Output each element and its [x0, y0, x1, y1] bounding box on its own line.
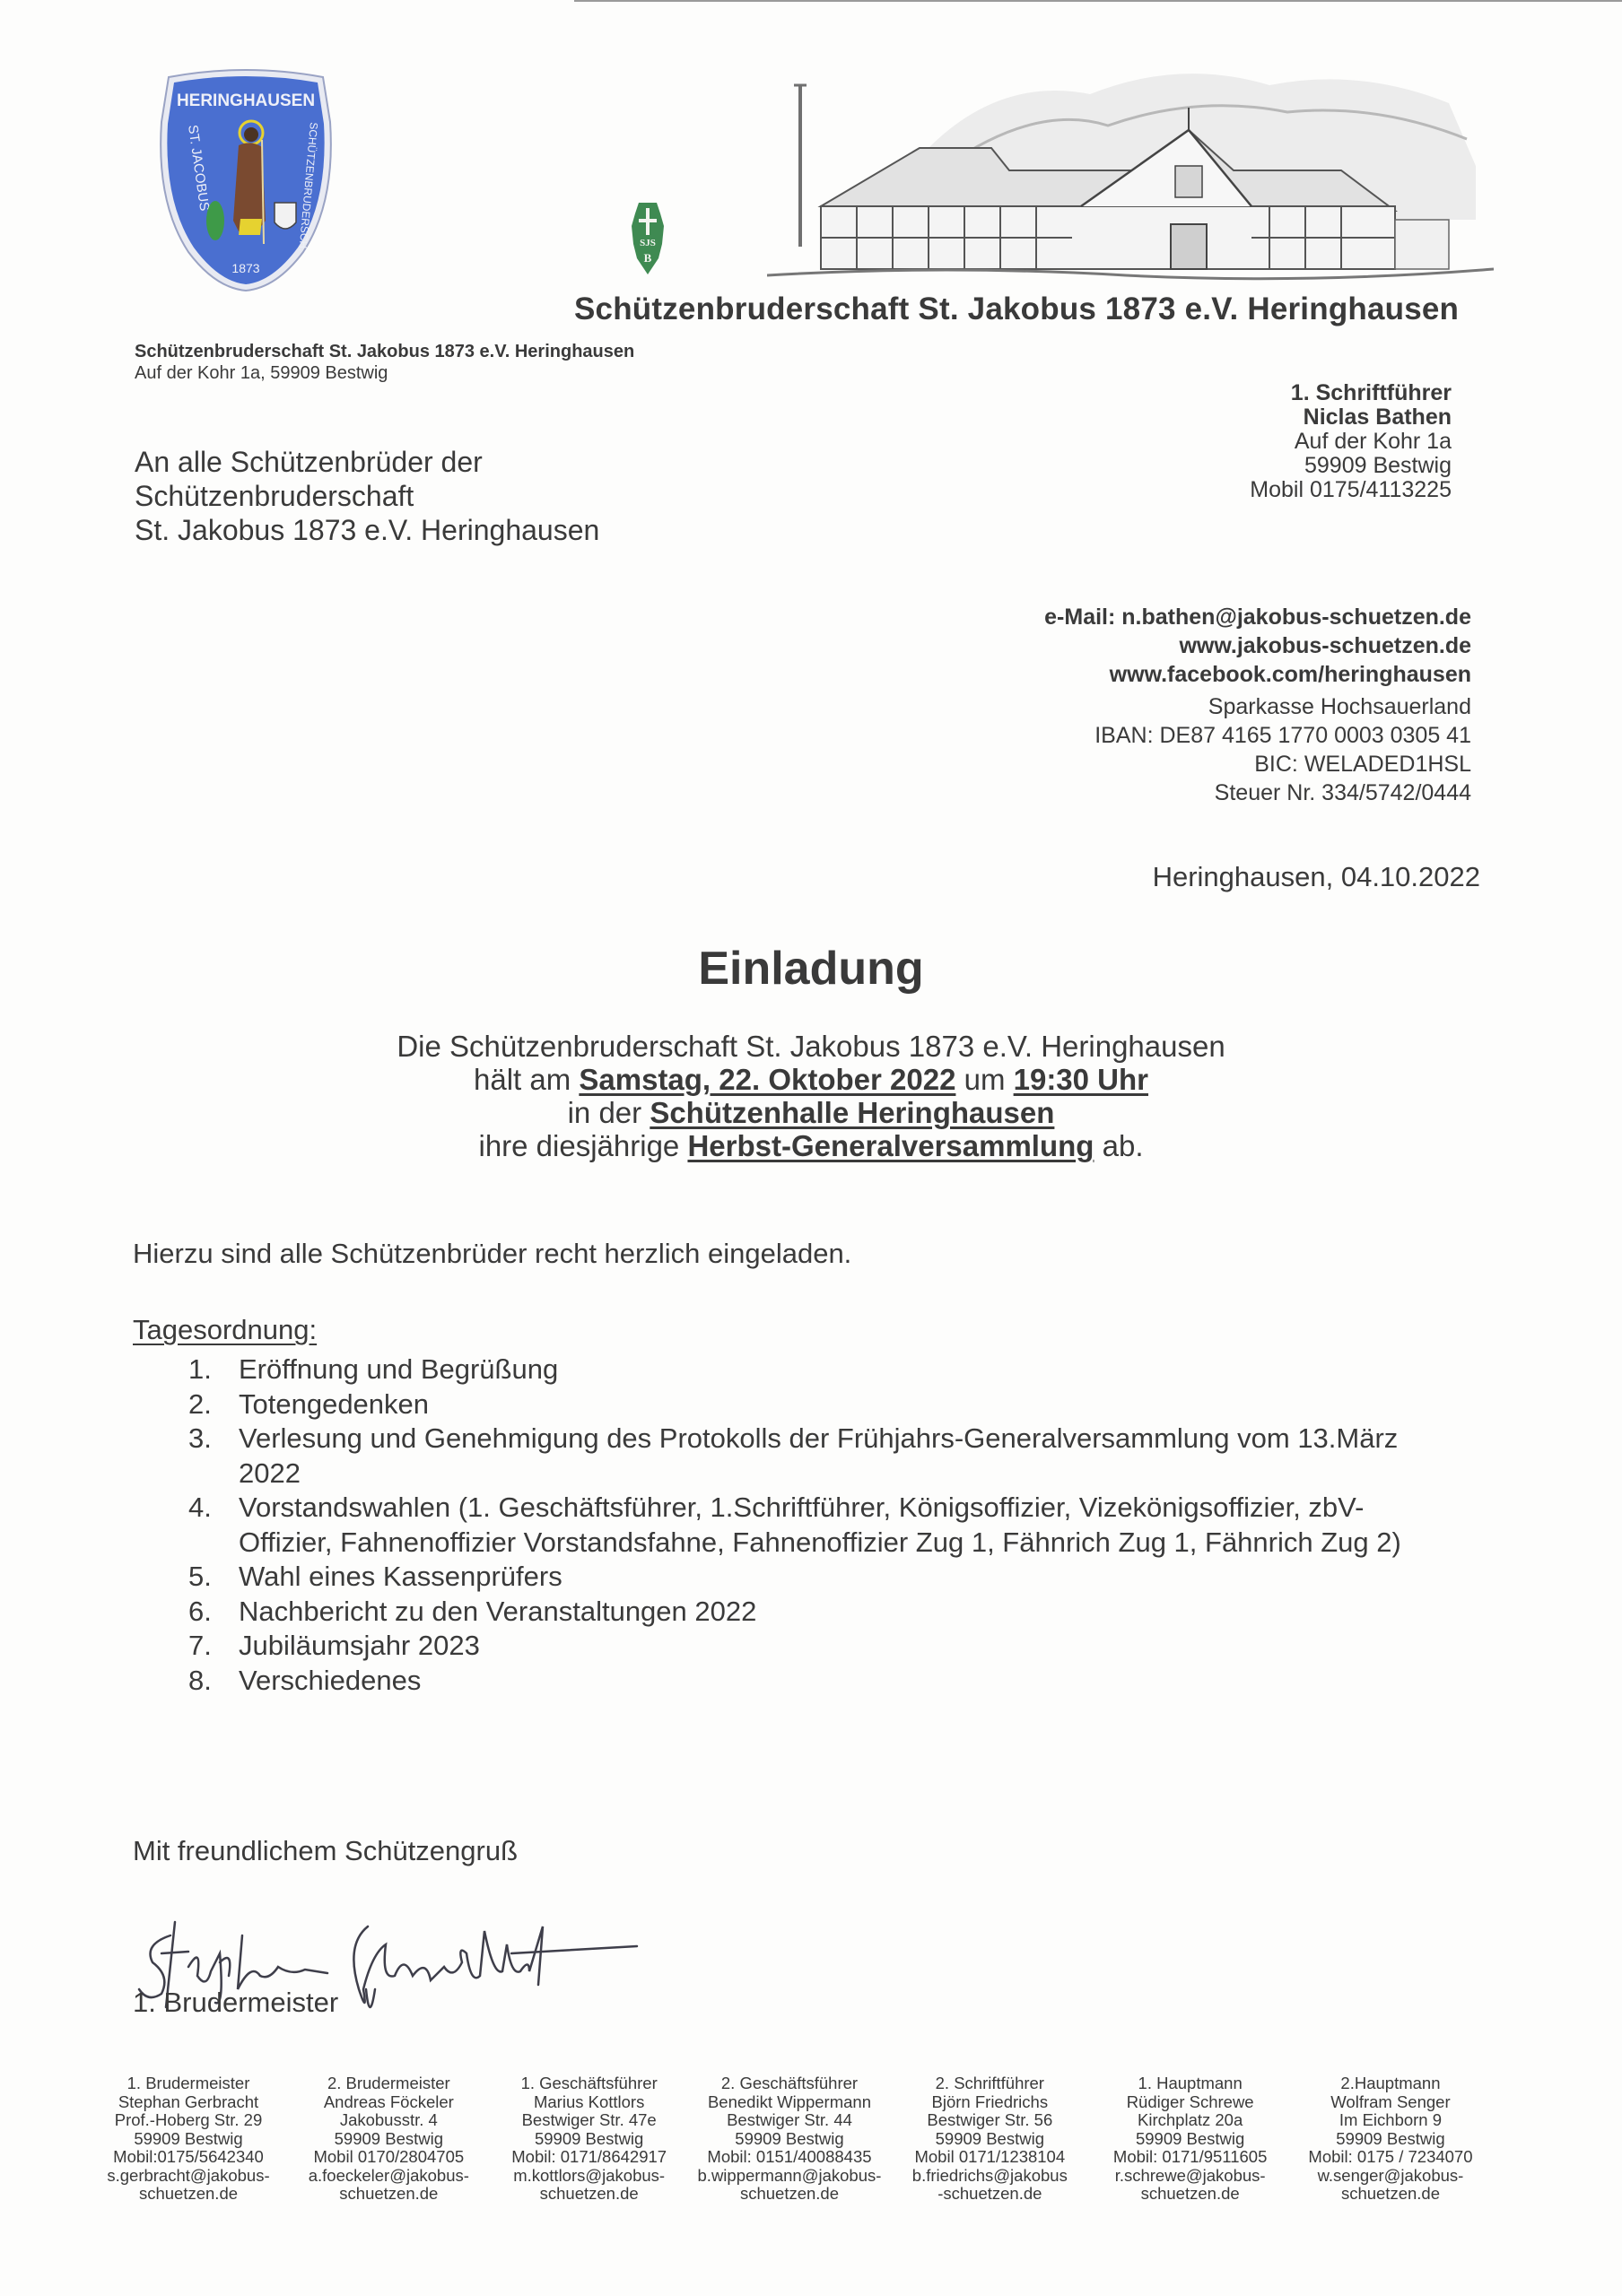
agenda-item-number: 8.	[188, 1664, 239, 1699]
contact-mobile: Mobil 0175/4113225	[1250, 478, 1452, 502]
contact-role: 1. Schriftführer	[1250, 381, 1452, 405]
bank-details: Sparkasse Hochsauerland IBAN: DE87 4165 …	[1094, 692, 1471, 807]
officer-role: 1. Hauptmann	[1092, 2074, 1289, 2093]
officer-name: Benedikt Wippermann	[691, 2093, 888, 2112]
officer-street: Prof.-Hoberg Str. 29	[90, 2111, 287, 2130]
agenda-item-text: Jubiläumsjahr 2023	[239, 1629, 1444, 1664]
officer-email2: schuetzen.de	[1292, 2185, 1489, 2204]
officer-street: Kirchplatz 20a	[1092, 2111, 1289, 2130]
agenda-item-text: Vorstandswahlen (1. Geschäftsführer, 1.S…	[239, 1491, 1444, 1560]
event-name: Herbst-Generalversammlung	[687, 1129, 1094, 1162]
bdsj-logo-icon: SJS B	[628, 199, 667, 276]
officer-city: 59909 Bestwig	[290, 2130, 487, 2149]
recipient-block: An alle Schützenbrüder der Schützenbrude…	[135, 445, 599, 547]
agenda-item-number: 5.	[188, 1560, 239, 1595]
officer-street: Bestwiger Str. 56	[891, 2111, 1088, 2130]
officer-name: Andreas Föckeler	[290, 2093, 487, 2112]
sender-block: Schützenbruderschaft St. Jakobus 1873 e.…	[135, 341, 634, 384]
officer-email1: r.schrewe@jakobus-	[1092, 2167, 1289, 2186]
organization-title: Schützenbruderschaft St. Jakobus 1873 e.…	[574, 291, 1459, 327]
officer-city: 59909 Bestwig	[1292, 2130, 1489, 2149]
contact-block: 1. Schriftführer Niclas Bathen Auf der K…	[1250, 381, 1452, 502]
welcome-text: Hierzu sind alle Schützenbrüder recht he…	[133, 1238, 851, 1270]
tax-number: Steuer Nr. 334/5742/0444	[1094, 778, 1471, 807]
event-venue: Schützenhalle Heringhausen	[650, 1096, 1054, 1129]
officer-contact: 2. SchriftführerBjörn FriedrichsBestwige…	[891, 2074, 1088, 2204]
officer-city: 59909 Bestwig	[691, 2130, 888, 2149]
officer-name: Rüdiger Schrewe	[1092, 2093, 1289, 2112]
letter-title: Einladung	[0, 942, 1622, 996]
agenda-item: 2.Totengedenken	[188, 1387, 1444, 1422]
invitation-line-2: hält am Samstag, 22. Oktober 2022 um 19:…	[0, 1063, 1622, 1096]
officer-name: Stephan Gerbracht	[90, 2093, 287, 2112]
agenda-item-text: Nachbericht zu den Veranstaltungen 2022	[239, 1595, 1444, 1630]
date-line: Heringhausen, 04.10.2022	[1153, 861, 1480, 893]
officer-name: Marius Kottlors	[491, 2093, 688, 2112]
officer-city: 59909 Bestwig	[491, 2130, 688, 2149]
website-link[interactable]: www.jakobus-schuetzen.de	[1044, 631, 1471, 660]
agenda-item-number: 6.	[188, 1595, 239, 1630]
closing-greeting: Mit freundlichem Schützengruß	[133, 1835, 518, 1867]
officer-phone: Mobil: 0151/40088435	[691, 2148, 888, 2167]
contact-city: 59909 Bestwig	[1250, 454, 1452, 478]
officer-contact: 1. GeschäftsführerMarius KottlorsBestwig…	[491, 2074, 688, 2204]
officer-role: 2. Geschäftsführer	[691, 2074, 888, 2093]
svg-text:B: B	[644, 251, 652, 265]
online-contact-block: e-Mail: n.bathen@jakobus-schuetzen.de ww…	[1044, 603, 1471, 689]
officer-role: 2.Hauptmann	[1292, 2074, 1489, 2093]
agenda-item-number: 7.	[188, 1629, 239, 1664]
recipient-line: Schützenbruderschaft	[135, 479, 599, 513]
svg-text:HERINGHAUSEN: HERINGHAUSEN	[177, 91, 315, 110]
officer-email1: b.friedrichs@jakobus	[891, 2167, 1088, 2186]
agenda-item: 8.Verschiedenes	[188, 1664, 1444, 1699]
officer-city: 59909 Bestwig	[90, 2130, 287, 2149]
contact-street: Auf der Kohr 1a	[1250, 430, 1452, 454]
board-members-footer: 1. BrudermeisterStephan GerbrachtProf.-H…	[90, 2074, 1489, 2204]
officer-role: 1. Brudermeister	[90, 2074, 287, 2093]
event-date: Samstag, 22. Oktober 2022	[579, 1063, 955, 1096]
officer-street: Im Eichborn 9	[1292, 2111, 1489, 2130]
officer-email2: schuetzen.de	[290, 2185, 487, 2204]
officer-email1: w.senger@jakobus-	[1292, 2167, 1489, 2186]
officer-city: 59909 Bestwig	[1092, 2130, 1289, 2149]
officer-email2: schuetzen.de	[90, 2185, 287, 2204]
email-link[interactable]: e-Mail: n.bathen@jakobus-schuetzen.de	[1044, 603, 1471, 631]
scan-top-edge	[574, 0, 1622, 2]
officer-email1: s.gerbracht@jakobus-	[90, 2167, 287, 2186]
officer-contact: 1. BrudermeisterStephan GerbrachtProf.-H…	[90, 2074, 287, 2204]
agenda-item-text: Totengedenken	[239, 1387, 1444, 1422]
schuetzenhalle-sketch-image	[767, 40, 1494, 287]
agenda-item-text: Verlesung und Genehmigung des Protokolls…	[239, 1422, 1444, 1491]
agenda-heading: Tagesordnung:	[133, 1314, 317, 1346]
bank-name: Sparkasse Hochsauerland	[1094, 692, 1471, 721]
invitation-line-3: in der Schützenhalle Heringhausen	[0, 1096, 1622, 1129]
svg-text:1873: 1873	[231, 261, 259, 275]
agenda-item: 4.Vorstandswahlen (1. Geschäftsführer, 1…	[188, 1491, 1444, 1560]
officer-phone: Mobil: 0171/9511605	[1092, 2148, 1289, 2167]
agenda-item-number: 3.	[188, 1422, 239, 1491]
officer-email2: schuetzen.de	[1092, 2185, 1289, 2204]
agenda-item: 6.Nachbericht zu den Veranstaltungen 202…	[188, 1595, 1444, 1630]
bank-iban: IBAN: DE87 4165 1770 0003 0305 41	[1094, 721, 1471, 750]
text-fragment: in der	[568, 1096, 650, 1129]
agenda-item-number: 1.	[188, 1352, 239, 1387]
officer-street: Bestwiger Str. 44	[691, 2111, 888, 2130]
agenda-item-text: Wahl eines Kassenprüfers	[239, 1560, 1444, 1595]
officer-phone: Mobil: 0171/8642917	[491, 2148, 688, 2167]
agenda-list: 1.Eröffnung und Begrüßung2.Totengedenken…	[188, 1352, 1444, 1698]
officer-street: Jakobusstr. 4	[290, 2111, 487, 2130]
officer-name: Björn Friedrichs	[891, 2093, 1088, 2112]
officer-email1: m.kottlors@jakobus-	[491, 2167, 688, 2186]
text-fragment: ab.	[1094, 1129, 1143, 1162]
invitation-line-1: Die Schützenbruderschaft St. Jakobus 187…	[0, 1030, 1622, 1063]
agenda-item: 1.Eröffnung und Begrüßung	[188, 1352, 1444, 1387]
officer-email2: schuetzen.de	[491, 2185, 688, 2204]
agenda-item: 3.Verlesung und Genehmigung des Protokol…	[188, 1422, 1444, 1491]
officer-role: 2. Brudermeister	[290, 2074, 487, 2093]
svg-text:SJS: SJS	[640, 238, 656, 248]
officer-phone: Mobil 0170/2804705	[290, 2148, 487, 2167]
officer-street: Bestwiger Str. 47e	[491, 2111, 688, 2130]
facebook-link[interactable]: www.facebook.com/heringhausen	[1044, 660, 1471, 689]
crest-logo-icon: HERINGHAUSEN ST. JACOBUS SCHÜTZENBRUDERS…	[151, 68, 341, 292]
agenda-item-text: Eröffnung und Begrüßung	[239, 1352, 1444, 1387]
officer-phone: Mobil:0175/5642340	[90, 2148, 287, 2167]
text-fragment: hält am	[474, 1063, 579, 1096]
bank-bic: BIC: WELADED1HSL	[1094, 750, 1471, 778]
officer-contact: 2. BrudermeisterAndreas FöckelerJakobuss…	[290, 2074, 487, 2204]
officer-email2: schuetzen.de	[691, 2185, 888, 2204]
agenda-item: 5.Wahl eines Kassenprüfers	[188, 1560, 1444, 1595]
officer-phone: Mobil 0171/1238104	[891, 2148, 1088, 2167]
agenda-item-number: 4.	[188, 1491, 239, 1560]
contact-name: Niclas Bathen	[1250, 405, 1452, 430]
agenda-item: 7.Jubiläumsjahr 2023	[188, 1629, 1444, 1664]
officer-contact: 1. HauptmannRüdiger SchreweKirchplatz 20…	[1092, 2074, 1289, 2204]
sender-name: Schützenbruderschaft St. Jakobus 1873 e.…	[135, 341, 634, 362]
officer-city: 59909 Bestwig	[891, 2130, 1088, 2149]
text-fragment: um	[955, 1063, 1013, 1096]
officer-role: 1. Geschäftsführer	[491, 2074, 688, 2093]
officer-contact: 2.HauptmannWolfram SengerIm Eichborn 959…	[1292, 2074, 1489, 2204]
officer-email1: a.foeckeler@jakobus-	[290, 2167, 487, 2186]
recipient-line: An alle Schützenbrüder der	[135, 445, 599, 479]
officer-role: 2. Schriftführer	[891, 2074, 1088, 2093]
officer-email2: -schuetzen.de	[891, 2185, 1088, 2204]
text-fragment: ihre diesjährige	[478, 1129, 687, 1162]
event-time: 19:30 Uhr	[1014, 1063, 1148, 1096]
signer-role: 1. Brudermeister	[133, 1987, 338, 2019]
agenda-item-number: 2.	[188, 1387, 239, 1422]
officer-contact: 2. GeschäftsführerBenedikt WippermannBes…	[691, 2074, 888, 2204]
officer-email1: b.wippermann@jakobus-	[691, 2167, 888, 2186]
recipient-line: St. Jakobus 1873 e.V. Heringhausen	[135, 513, 599, 547]
officer-name: Wolfram Senger	[1292, 2093, 1489, 2112]
invitation-text: Die Schützenbruderschaft St. Jakobus 187…	[0, 1030, 1622, 1162]
sender-address: Auf der Kohr 1a, 59909 Bestwig	[135, 362, 634, 384]
invitation-line-4: ihre diesjährige Herbst-Generalversammlu…	[0, 1129, 1622, 1162]
agenda-item-text: Verschiedenes	[239, 1664, 1444, 1699]
officer-phone: Mobil: 0175 / 7234070	[1292, 2148, 1489, 2167]
